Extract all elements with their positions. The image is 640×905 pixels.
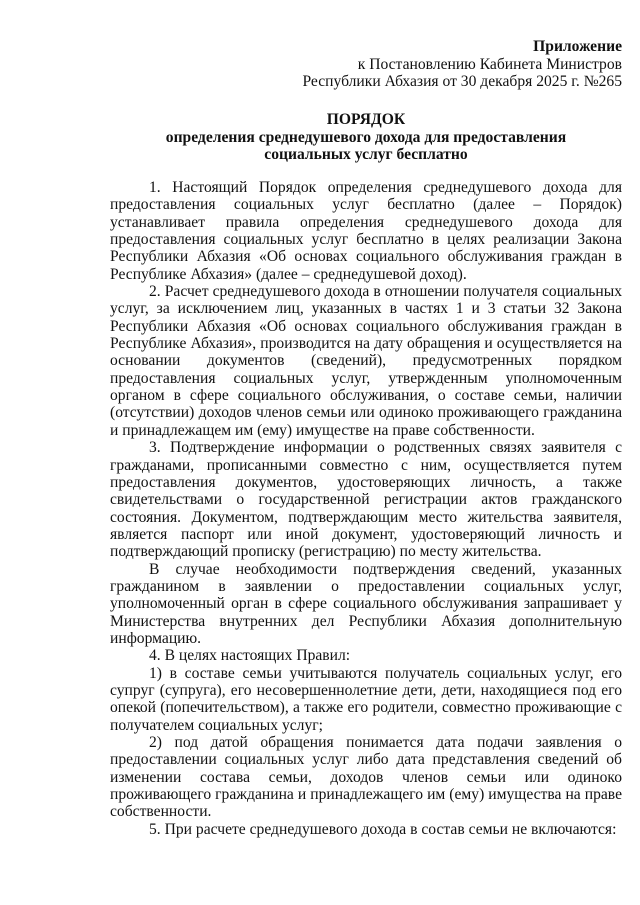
document-page: Приложение к Постановлению Кабинета Мини… (0, 0, 640, 905)
appendix-header: Приложение к Постановлению Кабинета Мини… (302, 38, 622, 91)
paragraph-3-continuation: В случае необходимости подтверждения све… (110, 561, 622, 648)
paragraph-5: 5. При расчете среднедушевого дохода в с… (110, 821, 622, 838)
title-subtitle-line-1: определения среднедушевого дохода для пр… (110, 129, 622, 147)
appendix-line-2: Республики Абхазия от 30 декабря 2025 г.… (302, 73, 622, 91)
paragraph-4: 4. В целях настоящих Правил: (110, 647, 622, 664)
paragraph-4-item-1: 1) в составе семьи учитываются получател… (110, 665, 622, 734)
title-subtitle-line-2: социальных услуг бесплатно (110, 146, 622, 164)
document-body: 1. Настоящий Порядок определения среднед… (110, 179, 622, 838)
paragraph-2: 2. Расчет среднедушевого дохода в отноше… (110, 283, 622, 439)
title-main: ПОРЯДОК (110, 111, 622, 129)
paragraph-3: 3. Подтверждение информации о родственны… (110, 439, 622, 560)
appendix-label: Приложение (302, 38, 622, 56)
document-title: ПОРЯДОК определения среднедушевого доход… (110, 111, 622, 164)
appendix-line-1: к Постановлению Кабинета Министров (302, 56, 622, 74)
paragraph-1: 1. Настоящий Порядок определения среднед… (110, 179, 622, 283)
paragraph-4-item-2: 2) под датой обращения понимается дата п… (110, 734, 622, 821)
